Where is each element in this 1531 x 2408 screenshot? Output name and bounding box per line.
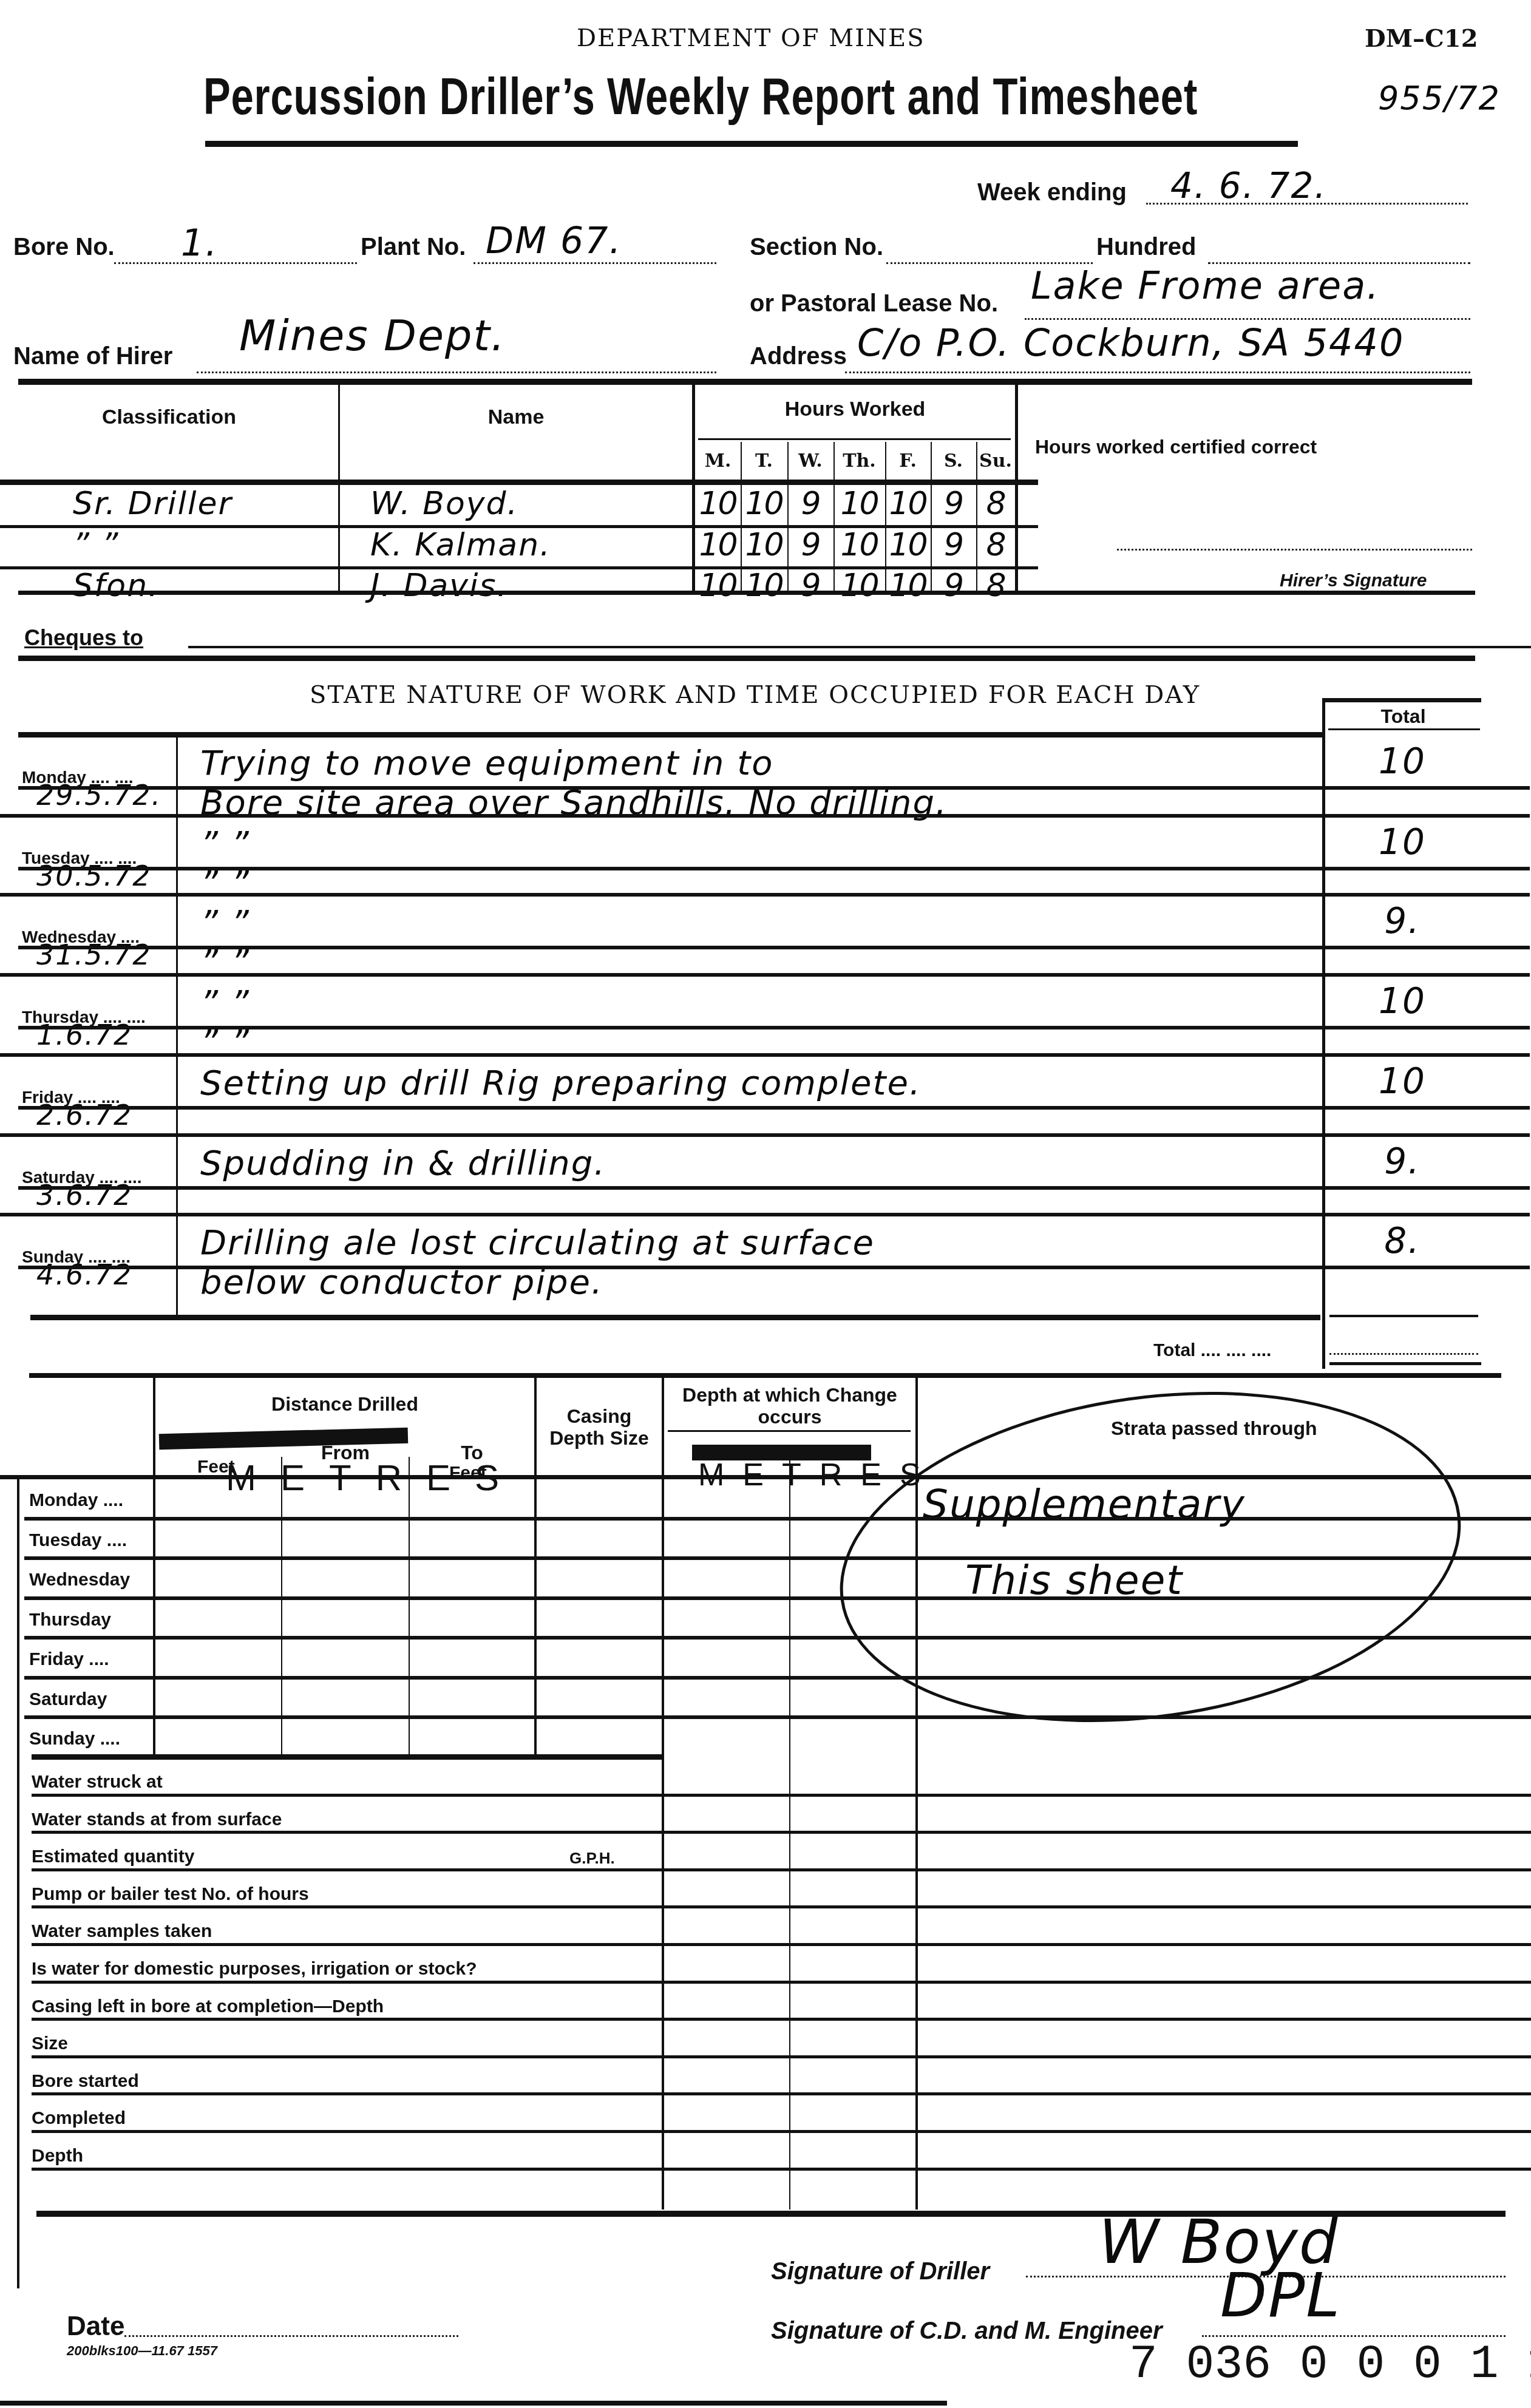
total-box-top xyxy=(1323,698,1481,702)
day-mid-rule xyxy=(18,1106,1530,1110)
cheques-divider xyxy=(18,656,1475,661)
name-cell[interactable]: W. Boyd. xyxy=(370,486,518,522)
week-ending-value: 4. 6. 72. xyxy=(1170,165,1327,206)
hours-cell[interactable]: 9 xyxy=(787,527,833,563)
driller-signature-label: Signature of Driller xyxy=(771,2258,990,2285)
section-no-field[interactable] xyxy=(886,238,1093,264)
work-line-1[interactable]: Trying to move equipment in to xyxy=(200,744,774,783)
date-field[interactable] xyxy=(124,2333,458,2337)
drill-day-label: Monday .... xyxy=(29,1490,123,1511)
col-divider xyxy=(1015,382,1018,592)
hours-cell[interactable]: 9 xyxy=(931,486,976,522)
day-header-0: M. xyxy=(695,450,741,472)
info-row-label: Pump or bailer test No. of hours xyxy=(32,1884,309,1905)
pastoral-lease-value: Lake Frome area. xyxy=(1031,263,1380,308)
info-row-label: Water stands at from surface xyxy=(32,1809,282,1830)
info-row-field[interactable] xyxy=(664,2021,1526,2055)
info-row-suffix: G.P.H. xyxy=(569,1849,615,1868)
print-code: 200blks100—11.67 1557 xyxy=(67,2343,217,2359)
name-cell[interactable]: J. Davis. xyxy=(370,568,508,604)
drill-day-label: Thursday xyxy=(29,1610,111,1630)
hours-cell[interactable]: 10 xyxy=(741,527,787,563)
drill-day-label: Tuesday .... xyxy=(29,1530,127,1551)
info-row-field[interactable] xyxy=(664,1872,1526,1906)
form-code: DM–C12 xyxy=(1365,24,1478,53)
hours-header-rule xyxy=(0,480,1038,485)
info-row-rule xyxy=(32,1981,1531,1984)
week-ending-label: Week ending xyxy=(977,179,1127,206)
address-label: Address xyxy=(750,343,847,370)
day-mid-rule xyxy=(18,867,1530,870)
classification-cell[interactable]: Sr. Driller xyxy=(73,486,233,522)
drill-day-label: Saturday xyxy=(29,1689,107,1710)
total-row-label: Total .... .... .... xyxy=(1153,1340,1271,1361)
work-bottom-rule xyxy=(30,1315,1320,1320)
info-row-label: Completed xyxy=(32,2108,126,2129)
hirer-signature-label: Hirer’s Signature xyxy=(1280,571,1427,591)
total-bottom-rule xyxy=(1329,1315,1478,1317)
bore-no-value: 1. xyxy=(181,222,218,265)
total-double-rule xyxy=(1329,1362,1481,1365)
info-row-field[interactable] xyxy=(664,2134,1526,2168)
info-row-label: Bore started xyxy=(32,2071,139,2092)
drill-day-cells[interactable] xyxy=(155,1559,914,1599)
classification-cell[interactable]: ” ” xyxy=(73,527,119,563)
info-row-label: Water struck at xyxy=(32,1772,163,1792)
day-total[interactable]: 9. xyxy=(1326,1141,1478,1182)
name-of-hirer-label: Name of Hirer xyxy=(13,343,172,370)
col-classification-header: Classification xyxy=(0,405,338,429)
info-row-field[interactable] xyxy=(664,2096,1526,2130)
col-name-header: Name xyxy=(340,405,692,429)
department-name: DEPARTMENT OF MINES xyxy=(577,24,925,52)
hours-table-bottom xyxy=(18,591,1475,595)
day-mid-rule xyxy=(18,1266,1530,1269)
hours-cell[interactable]: 10 xyxy=(741,568,787,604)
day-bottom-rule xyxy=(0,1133,1530,1137)
total-header-rule xyxy=(1328,728,1480,730)
hours-cell[interactable]: 9 xyxy=(931,527,976,563)
day-date[interactable]: 31.5.72 xyxy=(36,938,152,971)
cheques-to-label: Cheques to xyxy=(24,625,143,651)
hours-cell[interactable]: 10 xyxy=(885,486,931,522)
hours-cell[interactable]: 9 xyxy=(931,568,976,604)
depth-change-header: Depth at which Change occurs xyxy=(664,1384,915,1428)
day-date[interactable]: 29.5.72. xyxy=(36,779,161,812)
plant-no-value: DM 67. xyxy=(486,220,622,262)
day-header-5: S. xyxy=(931,450,976,472)
hours-cell[interactable]: 10 xyxy=(833,527,885,563)
day-bottom-rule xyxy=(0,1213,1530,1216)
day-mid-rule xyxy=(18,786,1530,790)
address-value: C/o P.O. Cockburn, SA 5440 xyxy=(857,321,1404,365)
hours-cell[interactable]: 10 xyxy=(741,486,787,522)
work-line-1[interactable]: ” ” xyxy=(200,983,250,1023)
day-mid-rule xyxy=(18,1026,1530,1029)
day-total[interactable]: 10 xyxy=(1326,980,1478,1022)
drill-day-cells[interactable] xyxy=(155,1519,914,1559)
engineer-signature-value: DPL xyxy=(1220,2260,1341,2331)
hours-cell[interactable]: 10 xyxy=(695,527,741,563)
day-header-1: T. xyxy=(741,450,787,472)
day-bottom-rule xyxy=(0,1053,1530,1057)
cheques-to-field[interactable] xyxy=(188,646,1531,648)
name-of-hirer-value: Mines Dept. xyxy=(239,311,506,361)
address-field[interactable]: C/o P.O. Cockburn, SA 5440 xyxy=(845,347,1470,373)
date-label: Date xyxy=(67,2311,124,2342)
info-row-rule xyxy=(32,2168,1531,2171)
col-hours-worked-header: Hours Worked xyxy=(695,398,1015,421)
day-date[interactable]: 30.5.72 xyxy=(36,860,152,892)
hours-cell[interactable]: 10 xyxy=(695,568,741,604)
work-line-1[interactable]: ” ” xyxy=(200,903,250,943)
day-mid-rule xyxy=(18,946,1530,949)
info-row-label: Casing left in bore at completion—Depth xyxy=(32,1996,384,2017)
day-bottom-rule xyxy=(0,973,1530,977)
hirer-signature-field[interactable] xyxy=(1117,546,1472,551)
drill-day-cells[interactable] xyxy=(155,1638,914,1678)
info-row-rule xyxy=(32,1943,1531,1946)
hours-cell[interactable]: 10 xyxy=(833,486,885,522)
grand-total-field[interactable] xyxy=(1329,1351,1478,1355)
work-section-heading: STATE NATURE OF WORK AND TIME OCCUPIED F… xyxy=(310,681,1200,709)
header-divider xyxy=(18,379,1472,385)
day-header-2: W. xyxy=(787,450,833,472)
work-line-1[interactable]: Drilling ale lost circulating at surface xyxy=(200,1223,875,1263)
title-underline xyxy=(205,141,1298,147)
day-date[interactable]: 1.6.72 xyxy=(36,1019,132,1051)
hours-cell[interactable]: 10 xyxy=(833,568,885,604)
day-date[interactable]: 4.6.72 xyxy=(36,1258,132,1291)
drill-day-label: Friday .... xyxy=(29,1649,109,1670)
pastoral-lease-label: or Pastoral Lease No. xyxy=(750,290,998,317)
info-row-field[interactable] xyxy=(664,1984,1526,2018)
hundred-label: Hundred xyxy=(1096,234,1196,261)
bore-no-field[interactable]: 1. xyxy=(114,238,357,264)
hours-cell[interactable]: 8 xyxy=(976,568,1015,604)
hundred-field[interactable] xyxy=(1208,238,1470,264)
drill-day-cells[interactable] xyxy=(155,1678,914,1718)
day-total[interactable]: 8. xyxy=(1326,1220,1478,1261)
info-row-label: Size xyxy=(32,2033,68,2054)
page-bottom-edge xyxy=(0,2401,947,2406)
info-row-field[interactable] xyxy=(664,1797,1526,1831)
pastoral-lease-field[interactable]: Lake Frome area. xyxy=(1025,294,1470,320)
work-line-1[interactable]: ” ” xyxy=(200,824,250,864)
day-date[interactable]: 3.6.72 xyxy=(36,1179,132,1212)
section-no-label: Section No. xyxy=(750,234,883,261)
hours-cell[interactable]: 8 xyxy=(976,486,1015,522)
info-row-field[interactable] xyxy=(664,1834,1526,1868)
day-total[interactable]: 10 xyxy=(1326,741,1478,782)
strata-note-1: Supplementary xyxy=(923,1481,1246,1528)
certified-label: Hours worked certified correct xyxy=(1035,436,1317,458)
info-row-rule xyxy=(32,2055,1531,2058)
day-total[interactable]: 10 xyxy=(1326,821,1478,863)
day-total[interactable]: 10 xyxy=(1326,1060,1478,1102)
drilling-header-rule xyxy=(0,1475,1531,1479)
info-row-label: Depth xyxy=(32,2146,83,2166)
left-border xyxy=(17,1475,19,2288)
drill-day-cells[interactable] xyxy=(155,1718,914,1758)
work-line-1[interactable]: Spudding in & drilling. xyxy=(200,1144,606,1183)
casing-header-text: Casing Depth Size xyxy=(549,1405,649,1449)
day-total[interactable]: 9. xyxy=(1326,900,1478,941)
document-number: 7 036 0 0 0 1 1 xyxy=(1129,2338,1531,2392)
name-cell[interactable]: K. Kalman. xyxy=(370,527,551,563)
classification-cell[interactable]: Sfon. xyxy=(73,568,160,604)
distance-drilled-header: Distance Drilled xyxy=(155,1393,534,1416)
depth-change-text: Depth at which Change occurs xyxy=(682,1384,897,1428)
depth-change-subrule xyxy=(668,1430,911,1432)
day-header-3: Th. xyxy=(833,450,885,472)
hours-cell[interactable]: 8 xyxy=(976,527,1015,563)
hours-cell[interactable]: 10 xyxy=(885,568,931,604)
hours-cell[interactable]: 9 xyxy=(787,568,833,604)
hours-cell[interactable]: 10 xyxy=(885,527,931,563)
name-of-hirer-field[interactable]: Mines Dept. xyxy=(197,347,716,373)
info-row-label: Water samples taken xyxy=(32,1921,212,1942)
info-row-rule xyxy=(32,1794,1531,1797)
bore-no-label: Bore No. xyxy=(13,234,115,261)
file-reference: 955/72 xyxy=(1378,79,1501,117)
info-row-label: Is water for domestic purposes, irrigati… xyxy=(32,1959,477,1979)
week-ending-field[interactable]: 4. 6. 72. xyxy=(1146,176,1468,205)
info-row-rule xyxy=(32,2130,1531,2133)
info-row-rule xyxy=(32,1905,1531,1908)
casing-header: Casing Depth Size xyxy=(537,1405,662,1449)
info-row-rule xyxy=(32,2018,1531,2021)
hours-cell[interactable]: 10 xyxy=(695,486,741,522)
page-title: Percussion Driller’s Weekly Report and T… xyxy=(203,67,1198,127)
engineer-signature-label: Signature of C.D. and M. Engineer xyxy=(771,2318,1163,2345)
work-top-rule xyxy=(18,732,1323,738)
hours-subheader-line xyxy=(698,438,1011,440)
day-bottom-rule xyxy=(0,893,1530,897)
day-mid-rule xyxy=(18,1186,1530,1190)
drilling-top-rule xyxy=(29,1373,1501,1378)
drill-day-cells[interactable] xyxy=(155,1479,914,1519)
info-row-field[interactable] xyxy=(664,1947,1526,1981)
total-col-header: Total xyxy=(1325,705,1481,728)
day-header-4: F. xyxy=(885,450,931,472)
drill-day-label: Sunday .... xyxy=(29,1729,120,1749)
drilling-day-bottom xyxy=(32,1754,663,1760)
info-row-field[interactable] xyxy=(664,2059,1526,2093)
plant-no-label: Plant No. xyxy=(361,234,466,261)
info-row-rule xyxy=(32,1831,1531,1834)
day-header-6: Su. xyxy=(976,450,1015,472)
plant-no-field[interactable]: DM 67. xyxy=(474,238,716,264)
drill-day-label: Wednesday xyxy=(29,1570,130,1590)
info-row-label: Estimated quantity xyxy=(32,1847,194,1867)
info-row-field[interactable] xyxy=(664,1909,1526,1943)
work-line-1[interactable]: Setting up drill Rig preparing complete. xyxy=(200,1063,922,1103)
day-bottom-rule xyxy=(0,814,1530,818)
drill-day-cells[interactable] xyxy=(155,1599,914,1639)
info-row-rule xyxy=(32,1868,1531,1871)
info-row-field[interactable] xyxy=(664,1760,1526,1794)
hours-cell[interactable]: 9 xyxy=(787,486,833,522)
day-date[interactable]: 2.6.72 xyxy=(36,1099,132,1131)
info-row-rule xyxy=(32,2092,1531,2095)
engineer-signature-field[interactable]: DPL xyxy=(1202,2333,1506,2337)
